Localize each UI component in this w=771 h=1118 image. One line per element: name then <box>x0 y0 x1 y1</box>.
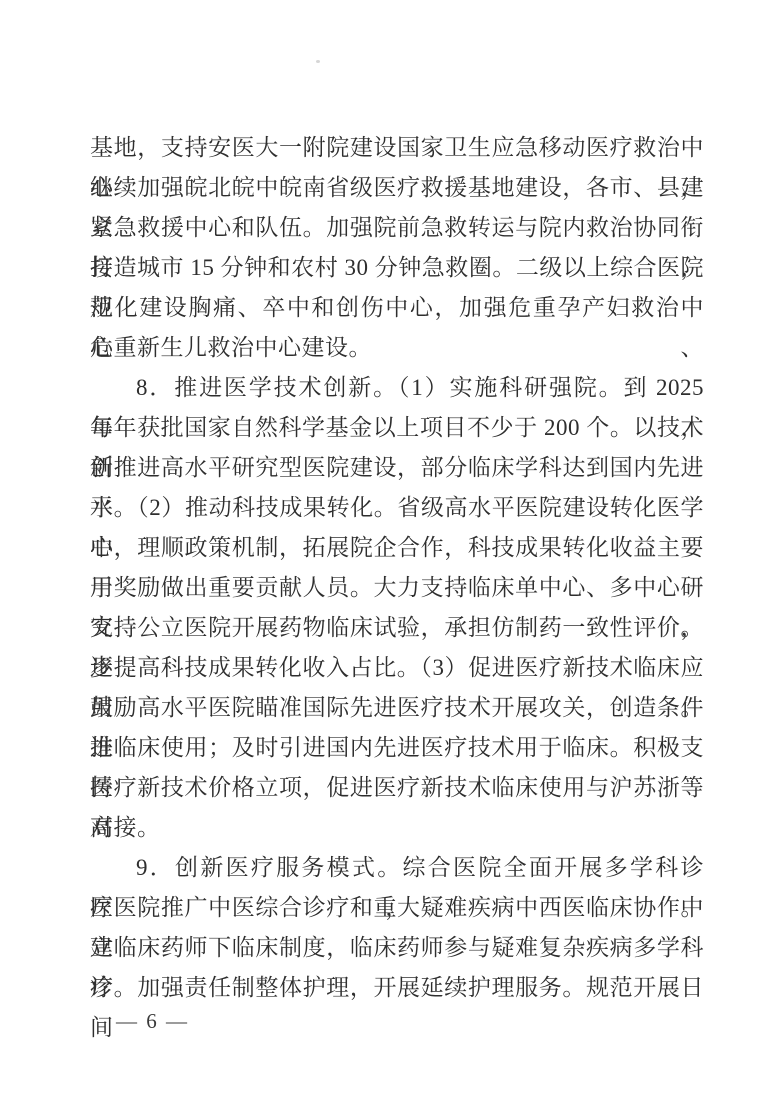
text-line: 步提高科技成果转化收入占比。（3）促进医疗新技术临床应用。 <box>90 648 704 688</box>
scan-speck <box>316 60 320 63</box>
text-line: 进临床使用；及时引进国内先进医疗技术用于临床。积极支持 <box>90 728 704 768</box>
text-line: 鼓励高水平医院瞄准国际先进医疗技术开展攻关，创造条件推 <box>90 688 704 728</box>
text-line: 支持公立医院开展药物临床试验，承担仿制药一致性评价。逐 <box>90 608 704 648</box>
page-number: — 6 — <box>116 1009 189 1033</box>
text-line: 范化建设胸痛、卒中和创伤中心，加强危重孕产妇救治中心、 <box>90 288 704 328</box>
text-line: 疗。加强责任制整体护理，开展延续护理服务。规范开展日间 <box>90 968 704 1008</box>
text-line: 医疗新技术价格立项，促进医疗新技术临床使用与沪苏浙等高 <box>90 768 704 808</box>
text-line: 打造城市 15 分钟和农村 30 分钟急救圈。二级以上综合医院规 <box>90 248 704 288</box>
document-page: 基地，支持安医大一附院建设国家卫生应急移动医疗救治中心，继续加强皖北皖中皖南省级… <box>0 0 771 1118</box>
document-body: 基地，支持安医大一附院建设国家卫生应急移动医疗救治中心，继续加强皖北皖中皖南省级… <box>90 128 704 1008</box>
text-line: 医医院推广中医综合诊疗和重大疑难疾病中西医临床协作。建 <box>90 888 704 928</box>
text-line: 对接。 <box>90 808 704 848</box>
text-line: 新推进高水平研究型医院建设，部分临床学科达到国内先进水 <box>90 448 704 488</box>
page-footer: — 6 — <box>116 1006 189 1036</box>
text-line: 于奖励做出重要贡献人员。大力支持临床单中心、多中心研究， <box>90 568 704 608</box>
text-line: 8．推进医学技术创新。（1）实施科研强院。到 2025 年， <box>90 368 704 408</box>
text-line: 每年获批国家自然科学基金以上项目不少于 200 个。以技术创 <box>90 408 704 448</box>
text-line: 心，理顺政策机制，拓展院企合作，科技成果转化收益主要用 <box>90 528 704 568</box>
text-line: 紧急救援中心和队伍。加强院前急救转运与院内救治协同衔接， <box>90 208 704 248</box>
text-line: 平。（2）推动科技成果转化。省级高水平医院建设转化医学中 <box>90 488 704 528</box>
text-line: 9．创新医疗服务模式。综合医院全面开展多学科诊疗，中 <box>90 848 704 888</box>
text-line: 继续加强皖北皖中皖南省级医疗救援基地建设，各市、县建立 <box>90 168 704 208</box>
text-line: 立临床药师下临床制度，临床药师参与疑难复杂疾病多学科诊 <box>90 928 704 968</box>
text-line: 基地，支持安医大一附院建设国家卫生应急移动医疗救治中心， <box>90 128 704 168</box>
